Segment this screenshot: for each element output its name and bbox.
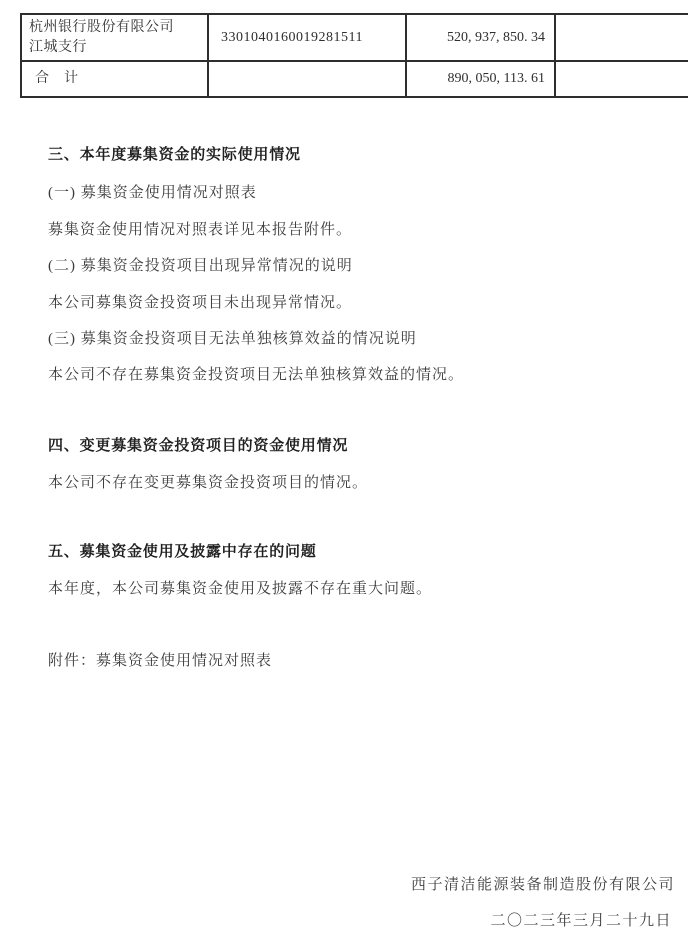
bank-name-line1: 杭州银行股份有限公司 bbox=[29, 18, 174, 38]
section4-paragraph-1: 本公司不存在变更募集资金投资项目的情况。 bbox=[48, 471, 368, 492]
section4-heading: 四、变更募集资金投资项目的资金使用情况 bbox=[48, 434, 348, 455]
note-cell bbox=[556, 62, 688, 96]
note-cell bbox=[556, 15, 688, 60]
document-page: 杭州银行股份有限公司 江城支行 3301040160019281511 520,… bbox=[0, 0, 700, 950]
account-number-cell bbox=[209, 62, 407, 96]
bank-name-line2: 江城支行 bbox=[29, 38, 174, 58]
table-row-total: 合 计 890, 050, 113. 61 bbox=[22, 62, 688, 96]
total-label: 合 计 bbox=[29, 69, 79, 89]
section3-subheading-2: (二) 募集资金投资项目出现异常情况的说明 bbox=[48, 254, 353, 275]
section3-subheading-1: (一) 募集资金使用情况对照表 bbox=[48, 181, 257, 202]
section3-paragraph-1: 募集资金使用情况对照表详见本报告附件。 bbox=[48, 218, 352, 239]
section3-paragraph-3: 本公司不存在募集资金投资项目无法单独核算效益的情况。 bbox=[48, 363, 464, 384]
signature-date: 二〇二三年三月二十九日 bbox=[490, 909, 672, 930]
bank-balance-table: 杭州银行股份有限公司 江城支行 3301040160019281511 520,… bbox=[20, 13, 688, 98]
section5-heading: 五、募集资金使用及披露中存在的问题 bbox=[48, 540, 317, 561]
amount-cell: 520, 937, 850. 34 bbox=[407, 15, 556, 60]
attachment-note: 附件：募集资金使用情况对照表 bbox=[48, 649, 272, 670]
total-label-cell: 合 计 bbox=[22, 62, 209, 96]
section3-subheading-3: (三) 募集资金投资项目无法单独核算效益的情况说明 bbox=[48, 327, 417, 348]
total-amount-cell: 890, 050, 113. 61 bbox=[407, 62, 556, 96]
section5-paragraph-1: 本年度，本公司募集资金使用及披露不存在重大问题。 bbox=[48, 577, 432, 598]
section3-paragraph-2: 本公司募集资金投资项目未出现异常情况。 bbox=[48, 291, 352, 312]
bank-name-cell: 杭州银行股份有限公司 江城支行 bbox=[22, 15, 209, 60]
table-row: 杭州银行股份有限公司 江城支行 3301040160019281511 520,… bbox=[22, 15, 688, 62]
section3-heading: 三、本年度募集资金的实际使用情况 bbox=[48, 143, 301, 164]
account-number-cell: 3301040160019281511 bbox=[209, 15, 407, 60]
signature-company: 西子清洁能源装备制造股份有限公司 bbox=[411, 873, 675, 894]
